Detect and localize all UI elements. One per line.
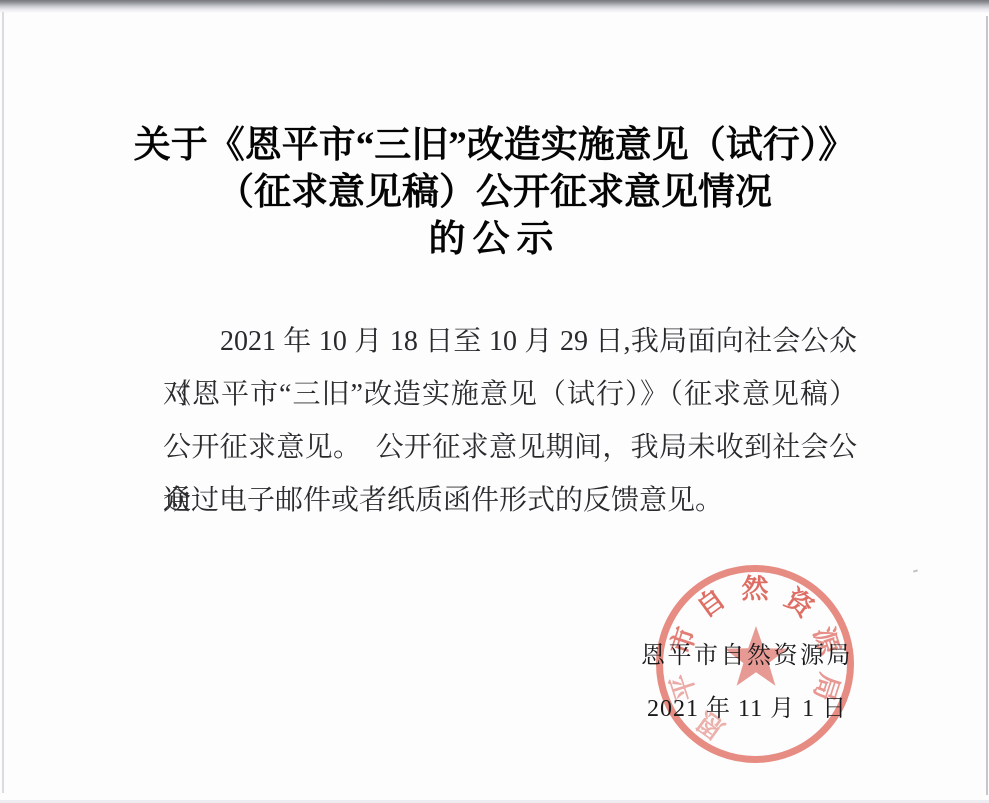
signature-org: 恩平市自然资源局 xyxy=(641,641,853,671)
signature-date: 2021 年 11 月 1 日 xyxy=(647,694,847,724)
body-line-4: 通过电子邮件或者纸质函件形式的反馈意见。 xyxy=(163,474,857,527)
scanned-document-page: 关于《恩平市“三旧”改造实施意见（试行）》 （征求意见稿）公开征求意见情况 的公… xyxy=(0,0,989,803)
title-line-3: 的公示 xyxy=(0,216,989,263)
document-title: 关于《恩平市“三旧”改造实施意见（试行）》 （征求意见稿）公开征求意见情况 的公… xyxy=(0,122,989,263)
title-line-2: （征求意见稿）公开征求意见情况 xyxy=(0,169,989,216)
body-line-3: 公开征求意见。 公开征求意见期间，我局未收到社会公众 xyxy=(163,421,857,474)
title-line-1: 关于《恩平市“三旧”改造实施意见（试行）》 xyxy=(0,122,989,169)
body-line-2: 《恩平市“三旧”改造实施意见（试行）》（征求意见稿） xyxy=(163,368,857,421)
seal-char-ran: 然 xyxy=(742,573,770,604)
scan-noise-speck xyxy=(913,569,918,572)
body-paragraph: 2021 年 10 月 18 日至 10 月 29 日,我局面向社会公众对 《恩… xyxy=(163,315,857,527)
body-line-1: 2021 年 10 月 18 日至 10 月 29 日,我局面向社会公众对 xyxy=(163,315,857,368)
scan-edge-top xyxy=(0,0,989,13)
